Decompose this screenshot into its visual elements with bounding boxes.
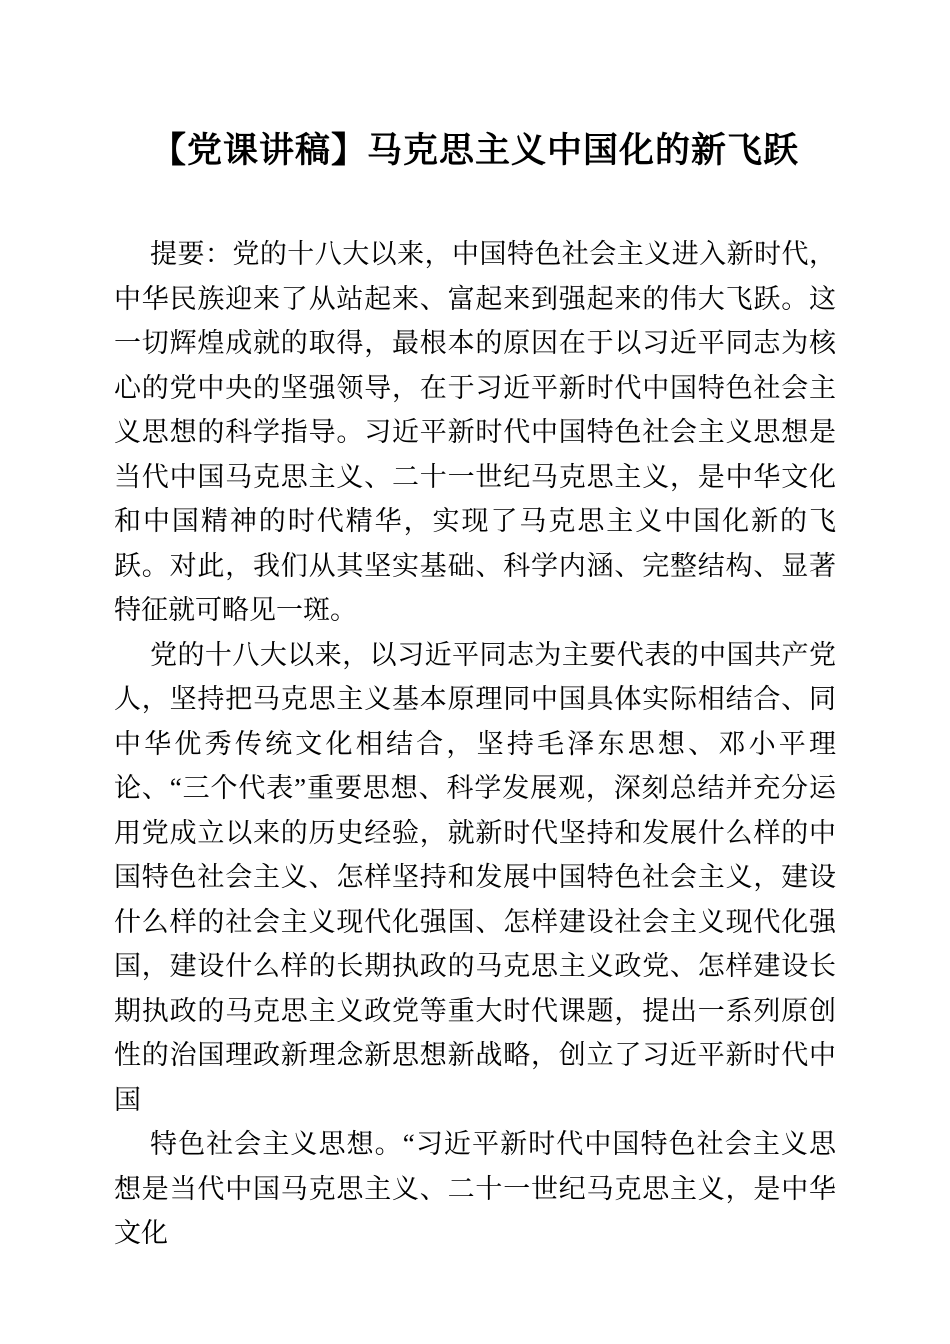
paragraph: 特色社会主义思想。“习近平新时代中国特色社会主义思想是当代中国马克思主义、二十一… <box>114 1122 836 1256</box>
paragraph: 党的十八大以来，以习近平同志为主要代表的中国共产党人，坚持把马克思主义基本原理同… <box>114 633 836 1123</box>
document-body: 提要：党的十八大以来，中国特色社会主义进入新时代，中华民族迎来了从站起来、富起来… <box>114 232 836 1256</box>
document-page: 【党课讲稿】马克思主义中国化的新飞跃 提要：党的十八大以来，中国特色社会主义进入… <box>0 0 950 1344</box>
document-title: 【党课讲稿】马克思主义中国化的新飞跃 <box>0 126 950 176</box>
paragraph: 提要：党的十八大以来，中国特色社会主义进入新时代，中华民族迎来了从站起来、富起来… <box>114 232 836 633</box>
